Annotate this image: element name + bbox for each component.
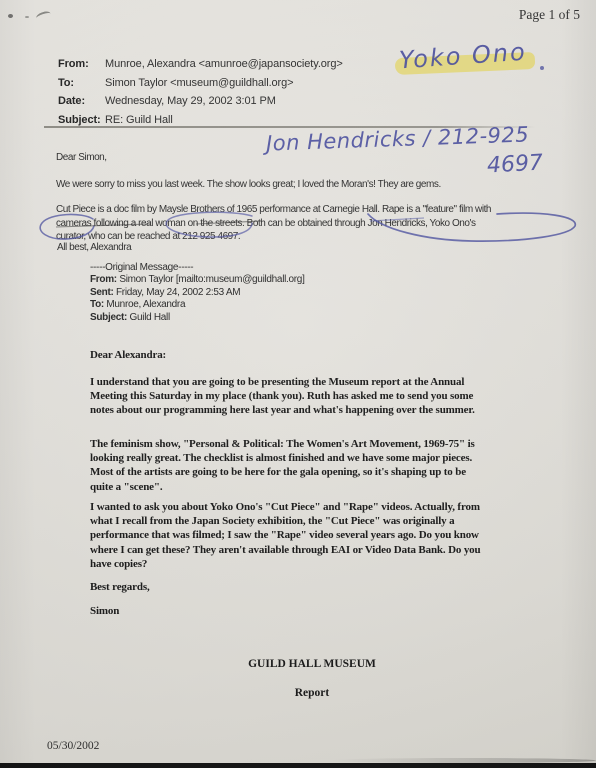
header-value: Wednesday, May 29, 2002 3:01 PM: [105, 95, 276, 107]
quoted-label: From:: [90, 274, 117, 285]
quoted-signature: Simon: [90, 604, 545, 618]
header-value: Munroe, Alexandra <amunroe@japansociety.…: [105, 58, 343, 70]
header-row-to: To:Simon Taylor <museum@guildhall.org>: [58, 74, 343, 93]
report-footer: GUILD HALL MUSEUM Report: [112, 658, 512, 699]
quoted-row-sent: Sent: Friday, May 24, 2002 2:53 AM: [90, 287, 305, 299]
header-row-date: Date:Wednesday, May 29, 2002 3:01 PM: [58, 92, 343, 111]
quoted-label: Sent:: [90, 287, 114, 298]
quoted-paragraph: I wanted to ask you about Yoko Ono's "Cu…: [90, 500, 545, 571]
header-value: RE: Guild Hall: [105, 114, 173, 126]
quoted-value: Munroe, Alexandra: [104, 299, 185, 310]
original-message-separator: -----Original Message-----: [90, 262, 305, 274]
page-number: Page 1 of 5: [519, 7, 580, 23]
scan-smudge: [25, 16, 29, 18]
quoted-paragraph: I understand that you are going to be pr…: [90, 375, 545, 418]
scan-smudge: [8, 14, 13, 18]
handwritten-phone-annotation: 4697: [486, 151, 543, 179]
quoted-value: Guild Hall: [127, 312, 170, 323]
quoted-closing: Best regards,: [90, 580, 545, 594]
quoted-message-header: -----Original Message----- From: Simon T…: [90, 262, 305, 324]
report-title: GUILD HALL MUSEUM: [112, 658, 512, 670]
header-label: From:: [58, 55, 105, 74]
quoted-label: Subject:: [90, 312, 127, 323]
email-paragraph: We were sorry to miss you last week. The…: [56, 178, 441, 192]
quoted-label: To:: [90, 299, 104, 310]
scanned-email-page: Page 1 of 5 Yoko Ono From:Munroe, Alexan…: [0, 0, 596, 768]
scan-edge-bar: [0, 763, 596, 768]
email-header: From:Munroe, Alexandra <amunroe@japansoc…: [58, 55, 343, 129]
ink-dot: [540, 66, 544, 70]
quoted-value: Simon Taylor [mailto:museum@guildhall.or…: [117, 274, 305, 285]
quoted-paragraph: The feminism show, "Personal & Political…: [90, 437, 545, 494]
email-closing: All best, Alexandra: [57, 241, 131, 255]
email-salutation: Dear Simon,: [56, 151, 107, 165]
quoted-row-from: From: Simon Taylor [mailto:museum@guildh…: [90, 274, 305, 286]
header-row-from: From:Munroe, Alexandra <amunroe@japansoc…: [58, 55, 343, 74]
quoted-salutation: Dear Alexandra:: [90, 348, 545, 362]
quoted-row-to: To: Munroe, Alexandra: [90, 299, 305, 311]
quoted-value: Friday, May 24, 2002 2:53 AM: [114, 287, 241, 298]
header-value: Simon Taylor <museum@guildhall.org>: [105, 77, 293, 89]
quoted-row-subject: Subject: Guild Hall: [90, 312, 305, 324]
scan-smudge: [35, 10, 52, 22]
print-date: 05/30/2002: [47, 740, 99, 752]
email-paragraph: Cut Piece is a doc film by Maysle Brothe…: [56, 203, 581, 244]
header-label: Date:: [58, 92, 105, 111]
header-label: To:: [58, 74, 105, 93]
report-subtitle: Report: [112, 687, 512, 699]
